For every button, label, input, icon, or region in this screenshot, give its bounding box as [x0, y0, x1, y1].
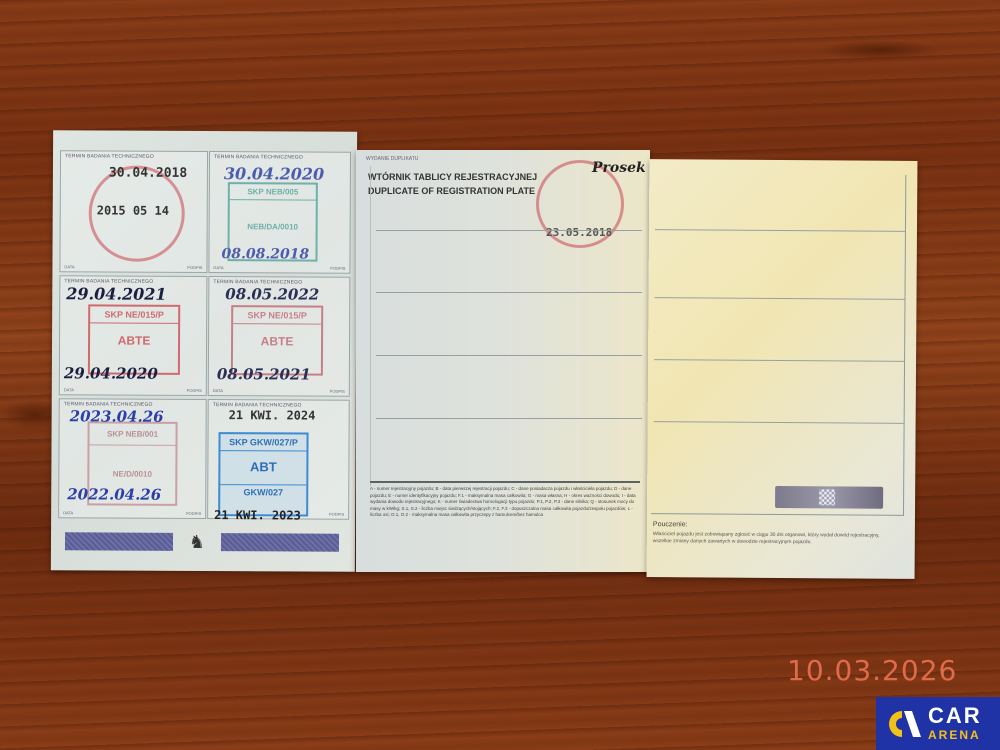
cell-footer-signature: PODPIS [330, 266, 345, 271]
inspection-date: 08.05.2021 [217, 365, 311, 383]
cell-footer-date: DATA [64, 387, 74, 392]
cell-footer-date: DATA [213, 265, 223, 270]
wood-grain-knot [820, 40, 940, 60]
next-inspection-date: 30.04.2018 [109, 165, 187, 180]
plate-title-pl: WTÓRNIK TABLICY REJESTRACYJNEJ [368, 172, 537, 182]
station-id: SKP NEB/001 [90, 423, 176, 445]
notice-text: Właściciel pojazdu jest zobowiązany zgło… [653, 531, 897, 547]
inspection-date: 29.04.2020 [64, 364, 158, 382]
legend-divider [370, 481, 640, 483]
inspection-cell-6: TERMIN BADANIA TECHNICZNEGO SKP GKW/027/… [207, 399, 350, 520]
security-band-right [221, 533, 339, 552]
page-border-line [370, 166, 371, 486]
inspection-date: 08.08.2018 [221, 246, 309, 262]
form-line [376, 355, 642, 356]
cell-footer-date: DATA [213, 388, 223, 393]
cell-footer-signature: PODPIS [186, 511, 201, 516]
station-code: NE/D/0010 [89, 469, 175, 478]
form-line [376, 292, 642, 293]
plate-title-en: DUPLICATE OF REGISTRATION PLATE [368, 186, 535, 196]
notice-page: Pouczenie: Właściciel pojazdu jest zobow… [647, 159, 918, 579]
next-inspection-date: 08.05.2022 [225, 285, 319, 303]
registration-stamp-date: 23.05.2018 [546, 226, 612, 239]
brand-name-primary: CAR [928, 703, 982, 729]
cell-footer-date: DATA [64, 264, 74, 269]
hologram-sticker [775, 486, 883, 509]
cell-footer-date: DATA [63, 510, 73, 515]
station-code: ABTE [90, 333, 178, 347]
inspection-cell-2: TERMIN BADANIA TECHNICZNEGO SKP NEB/005 … [208, 151, 351, 274]
form-frame [651, 173, 906, 516]
station-code: ABT [220, 459, 306, 474]
inspection-page: TERMIN BADANIA TECHNICZNEGO 30.04.2018 2… [51, 130, 357, 572]
next-inspection-date: 21 KWI. 2024 [229, 408, 316, 422]
notice-title: Pouczenie: [653, 521, 688, 528]
inspection-cell-1: TERMIN BADANIA TECHNICZNEGO 30.04.2018 2… [59, 150, 208, 273]
inspection-date: 21 KWI. 2023 [214, 508, 301, 522]
inspection-cell-3: TERMIN BADANIA TECHNICZNEGO SKP NE/015/P… [59, 275, 208, 396]
inspection-date: 2022.04.26 [67, 485, 161, 503]
inspection-cell-4: TERMIN BADANIA TECHNICZNEGO SKP NE/015/P… [208, 276, 351, 397]
form-line [376, 418, 642, 419]
official-signature: Prosek [592, 160, 646, 176]
next-inspection-date: 30.04.2020 [224, 164, 324, 184]
cell-header: TERMIN BADANIA TECHNICZNEGO [65, 153, 154, 159]
car-arena-logo: CAR ARENA [876, 697, 1000, 750]
page-small-header: WYDANIE DUPLIKATU [366, 156, 418, 162]
station-id: SKP GKW/027/P [220, 434, 306, 451]
station-code-secondary: GKW/027 [220, 484, 306, 497]
polish-eagle-emblem-icon: ♞ [187, 531, 207, 553]
station-id: SKP NE/015/P [90, 306, 178, 323]
cell-header: TERMIN BADANIA TECHNICZNEGO [214, 154, 303, 160]
next-inspection-date: 29.04.2021 [66, 284, 166, 304]
cell-footer-signature: PODPIS [187, 388, 202, 393]
inspection-station-stamp: SKP GKW/027/P ABT GKW/027 [218, 432, 308, 516]
cell-footer-signature: PODPIS [330, 389, 345, 394]
station-id: SKP NEB/005 [230, 184, 316, 200]
hologram-emblem-icon [819, 489, 835, 505]
security-band-left [65, 532, 173, 551]
photo-timestamp: 10.03.2026 [787, 654, 957, 687]
field-legend: A - numer rejestracyjny pojazdu; B - dat… [370, 486, 640, 519]
stamp-date: 2015 05 14 [97, 203, 169, 217]
station-code: ABTE [233, 334, 321, 348]
next-inspection-date: 2023.04.26 [70, 407, 164, 425]
duplicate-plate-page: WYDANIE DUPLIKATU WTÓRNIK TABLICY REJEST… [356, 150, 650, 572]
form-line [376, 230, 642, 231]
inspection-cell-5: TERMIN BADANIA TECHNICZNEGO SKP NEB/001 … [58, 398, 207, 519]
station-id: SKP NE/015/P [233, 307, 321, 324]
car-arena-logo-mark-icon [888, 709, 922, 739]
station-code: NEB/DA/0010 [230, 222, 316, 231]
cell-footer-signature: PODPIS [187, 265, 202, 270]
brand-name-secondary: ARENA [928, 728, 981, 742]
cell-footer-signature: PODPIS [329, 512, 344, 517]
